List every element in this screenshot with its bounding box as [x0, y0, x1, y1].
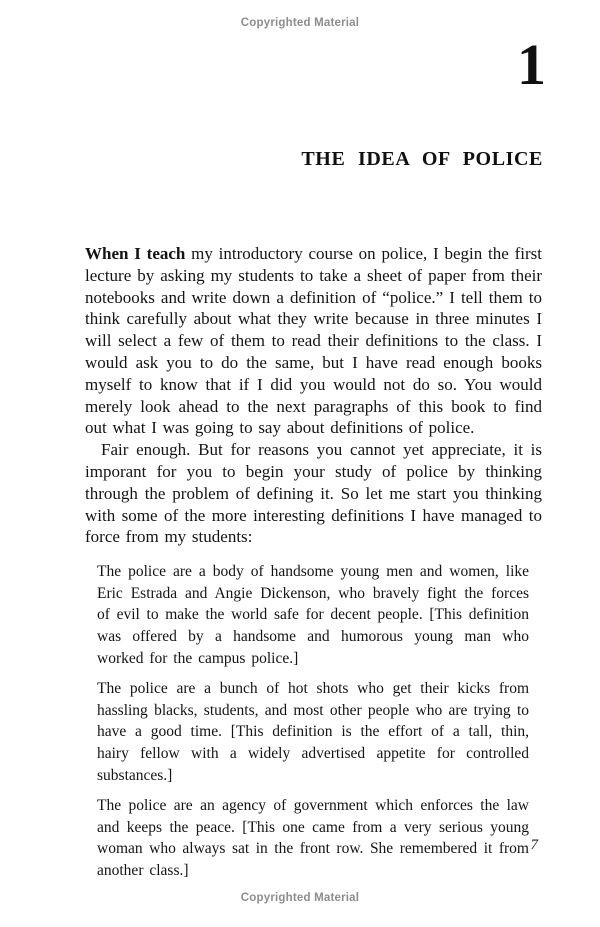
copyright-watermark-top: Copyrighted Material: [0, 17, 600, 29]
page-number: 7: [531, 837, 539, 854]
chapter-title: THE IDEA OF POLICE: [301, 148, 543, 171]
intro-paragraph-lead: When I teach: [85, 244, 185, 263]
book-page: Copyrighted Material 1 THE IDEA OF POLIC…: [0, 0, 600, 927]
intro-paragraph: When I teach my introductory course on p…: [85, 243, 542, 439]
student-definition-2: The police are a bunch of hot shots who …: [97, 678, 529, 786]
intro-paragraph-text: my introductory course on police, I begi…: [85, 244, 542, 437]
body-text: When I teach my introductory course on p…: [85, 243, 542, 881]
chapter-number: 1: [517, 36, 546, 94]
copyright-watermark-bottom: Copyrighted Material: [0, 892, 600, 904]
student-definitions-list: The police are a body of handsome young …: [85, 561, 542, 881]
second-paragraph: Fair enough. But for reasons you cannot …: [85, 439, 542, 548]
student-definition-1: The police are a body of handsome young …: [97, 561, 529, 669]
student-definition-3: The police are an agency of government w…: [97, 795, 529, 881]
